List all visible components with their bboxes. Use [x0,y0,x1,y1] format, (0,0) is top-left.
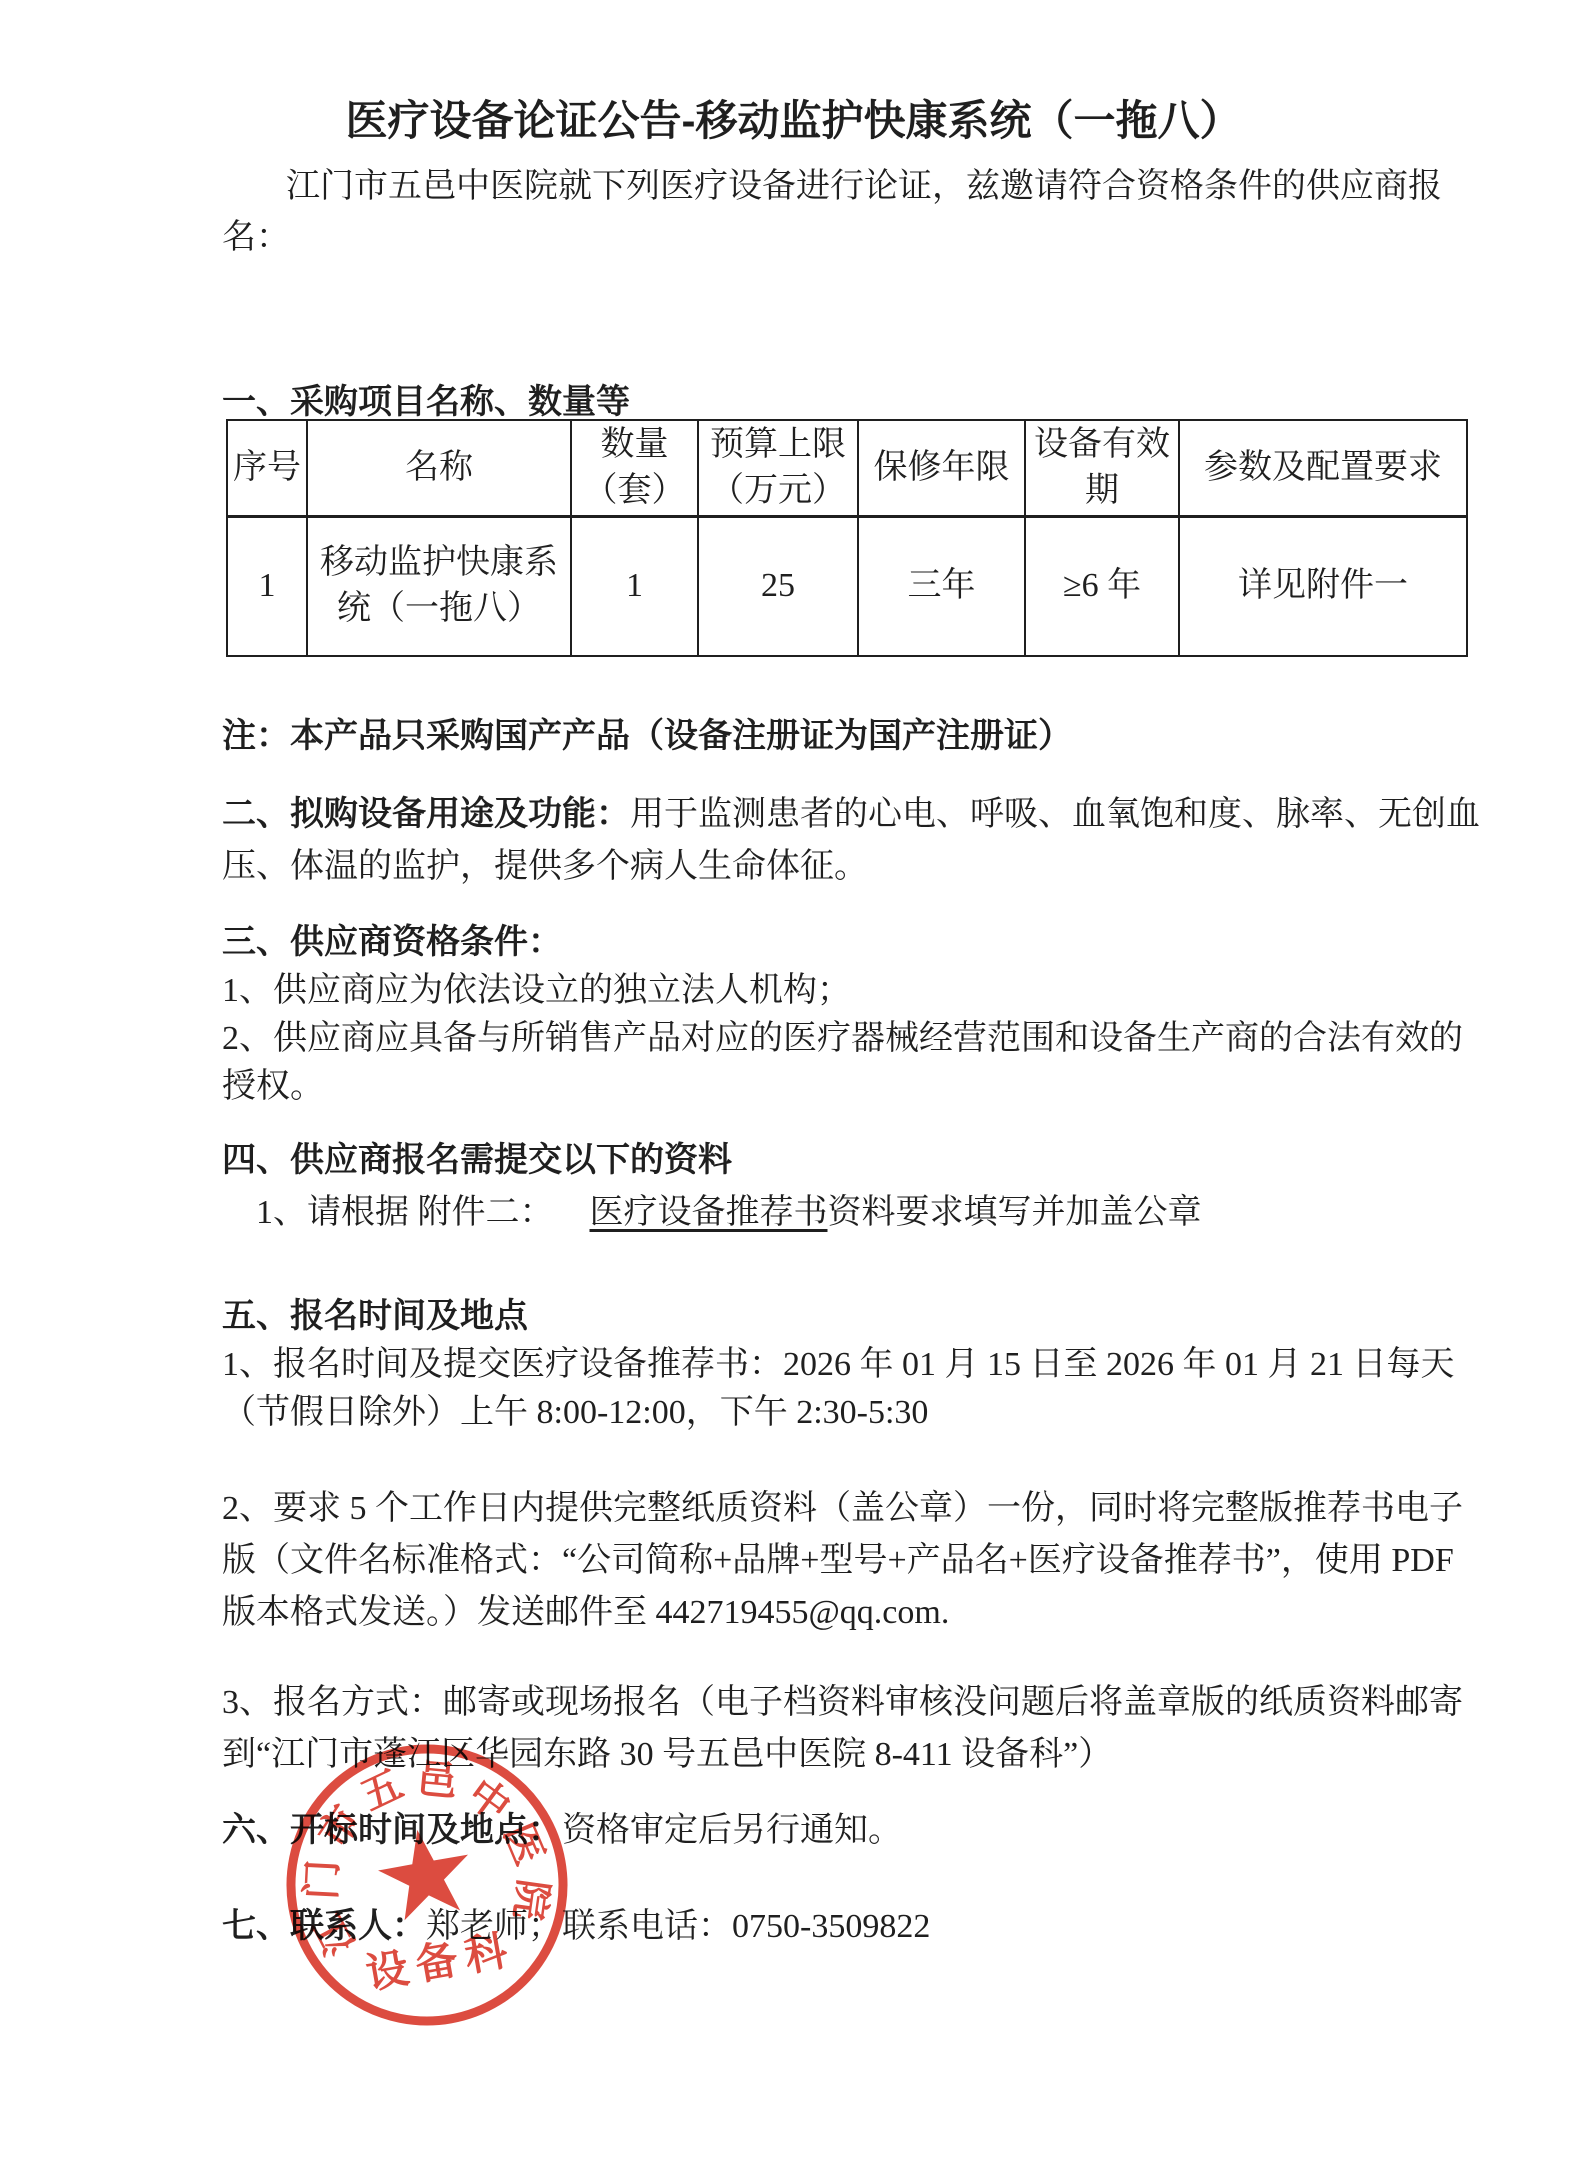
col-header-budget: 预算上限（万元） [698,420,858,516]
section2-text: 用于监测患者的心电、呼吸、血氧饱和度、脉率、无创血 [630,796,1480,833]
intro-line-2: 名： [222,213,1467,263]
section7-text: 郑老师；联系电话：0750-3509822 [426,1908,930,1945]
procurement-table: 序号 名称 数量（套） 预算上限（万元） 保修年限 设备有效期 参数及配置要求 … [226,419,1468,657]
section5-line-2: （节假日除外）上午 8:00-12:00，下午 2:30-5:30 [222,1388,1467,1438]
page-title: 医疗设备论证公告-移动监护快康系统（一拖八） [0,95,1587,147]
section4-item-prefix: 1、请根据 附件二： [256,1194,554,1231]
cell-warranty: 三年 [858,516,1025,656]
table-header-row: 序号 名称 数量（套） 预算上限（万元） 保修年限 设备有效期 参数及配置要求 [227,420,1467,516]
official-seal-stamp: 江 门 市 五 邑 中 医 院 设备科 [277,1735,577,2035]
section4-item-suffix: 资料要求填写并加盖公章 [828,1194,1202,1231]
section2-heading: 二、拟购设备用途及功能： [222,796,630,833]
col-header-name: 名称 [307,420,571,516]
section6-heading: 六、开标时间及地点： [222,1812,562,1849]
section7-line: 七、联系人：郑老师；联系电话：0750-3509822 [222,1902,1467,1952]
domestic-product-note: 注：本产品只采购国产产品（设备注册证为国产注册证） [222,712,1467,762]
col-header-warranty: 保修年限 [858,420,1025,516]
col-header-lifetime: 设备有效期 [1025,420,1179,516]
section4-item-1: 1、请根据 附件二：医疗设备推荐书资料要求填写并加盖公章 [222,1188,1467,1238]
section4-heading: 四、供应商报名需提交以下的资料 [222,1136,1467,1186]
attachment2-recommendation-form-link[interactable]: 医疗设备推荐书 [590,1194,828,1231]
table-row: 1 移动监护快康系统（一拖八） 1 25 三年 ≥6 年 详见附件一 [227,516,1467,656]
intro-line-1: 江门市五邑中医院就下列医疗设备进行论证，兹邀请符合资格条件的供应商报 [222,162,1467,212]
section3-item-2-cont: 授权。 [222,1062,1467,1112]
col-header-index: 序号 [227,420,307,516]
cell-index: 1 [227,516,307,656]
svg-text:门: 门 [299,1859,346,1901]
section6-line: 六、开标时间及地点：资格审定后另行通知。 [222,1806,1467,1856]
section6-text: 资格审定后另行通知。 [562,1812,902,1849]
stamp-ring [277,1735,577,2035]
section3-heading: 三、供应商资格条件： [222,918,1467,968]
section5-line-3: 2、要求 5 个工作日内提供完整纸质资料（盖公章）一份，同时将完整版推荐书电子 [222,1484,1467,1534]
section2-line-2: 压、体温的监护，提供多个病人生命体征。 [222,842,1467,892]
section3-item-1: 1、供应商应为依法设立的独立法人机构； [222,966,1467,1016]
section5-line-1: 1、报名时间及提交医疗设备推荐书：2026 年 01 月 15 日至 2026 … [222,1340,1467,1390]
section5-line-5: 版本格式发送。）发送邮件至 442719455@qq.com. [222,1588,1467,1638]
section5-line-6: 3、报名方式：邮寄或现场报名（电子档资料审核没问题后将盖章版的纸质资料邮寄 [222,1678,1467,1728]
section5-heading: 五、报名时间及地点 [222,1292,1467,1342]
cell-lifetime: ≥6 年 [1025,516,1179,656]
col-header-spec: 参数及配置要求 [1179,420,1467,516]
section5-line-7: 到“江门市蓬江区华园东路 30 号五邑中医院 8-411 设备科”） [222,1730,1467,1780]
section2-line-1: 二、拟购设备用途及功能：用于监测患者的心电、呼吸、血氧饱和度、脉率、无创血 [222,790,1467,840]
col-header-quantity: 数量（套） [571,420,698,516]
section7-heading: 七、联系人： [222,1908,426,1945]
cell-quantity: 1 [571,516,698,656]
section5-line-4: 版（文件名标准格式：“公司简称+品牌+型号+产品名+医疗设备推荐书”，使用 PD… [222,1536,1467,1586]
cell-spec: 详见附件一 [1179,516,1467,656]
cell-budget: 25 [698,516,858,656]
cell-name: 移动监护快康系统（一拖八） [307,516,571,656]
section3-item-2: 2、供应商应具备与所销售产品对应的医疗器械经营范围和设备生产商的合法有效的 [222,1014,1467,1064]
document-page: 医疗设备论证公告-移动监护快康系统（一拖八） 江门市五邑中医院就下列医疗设备进行… [0,0,1587,2165]
